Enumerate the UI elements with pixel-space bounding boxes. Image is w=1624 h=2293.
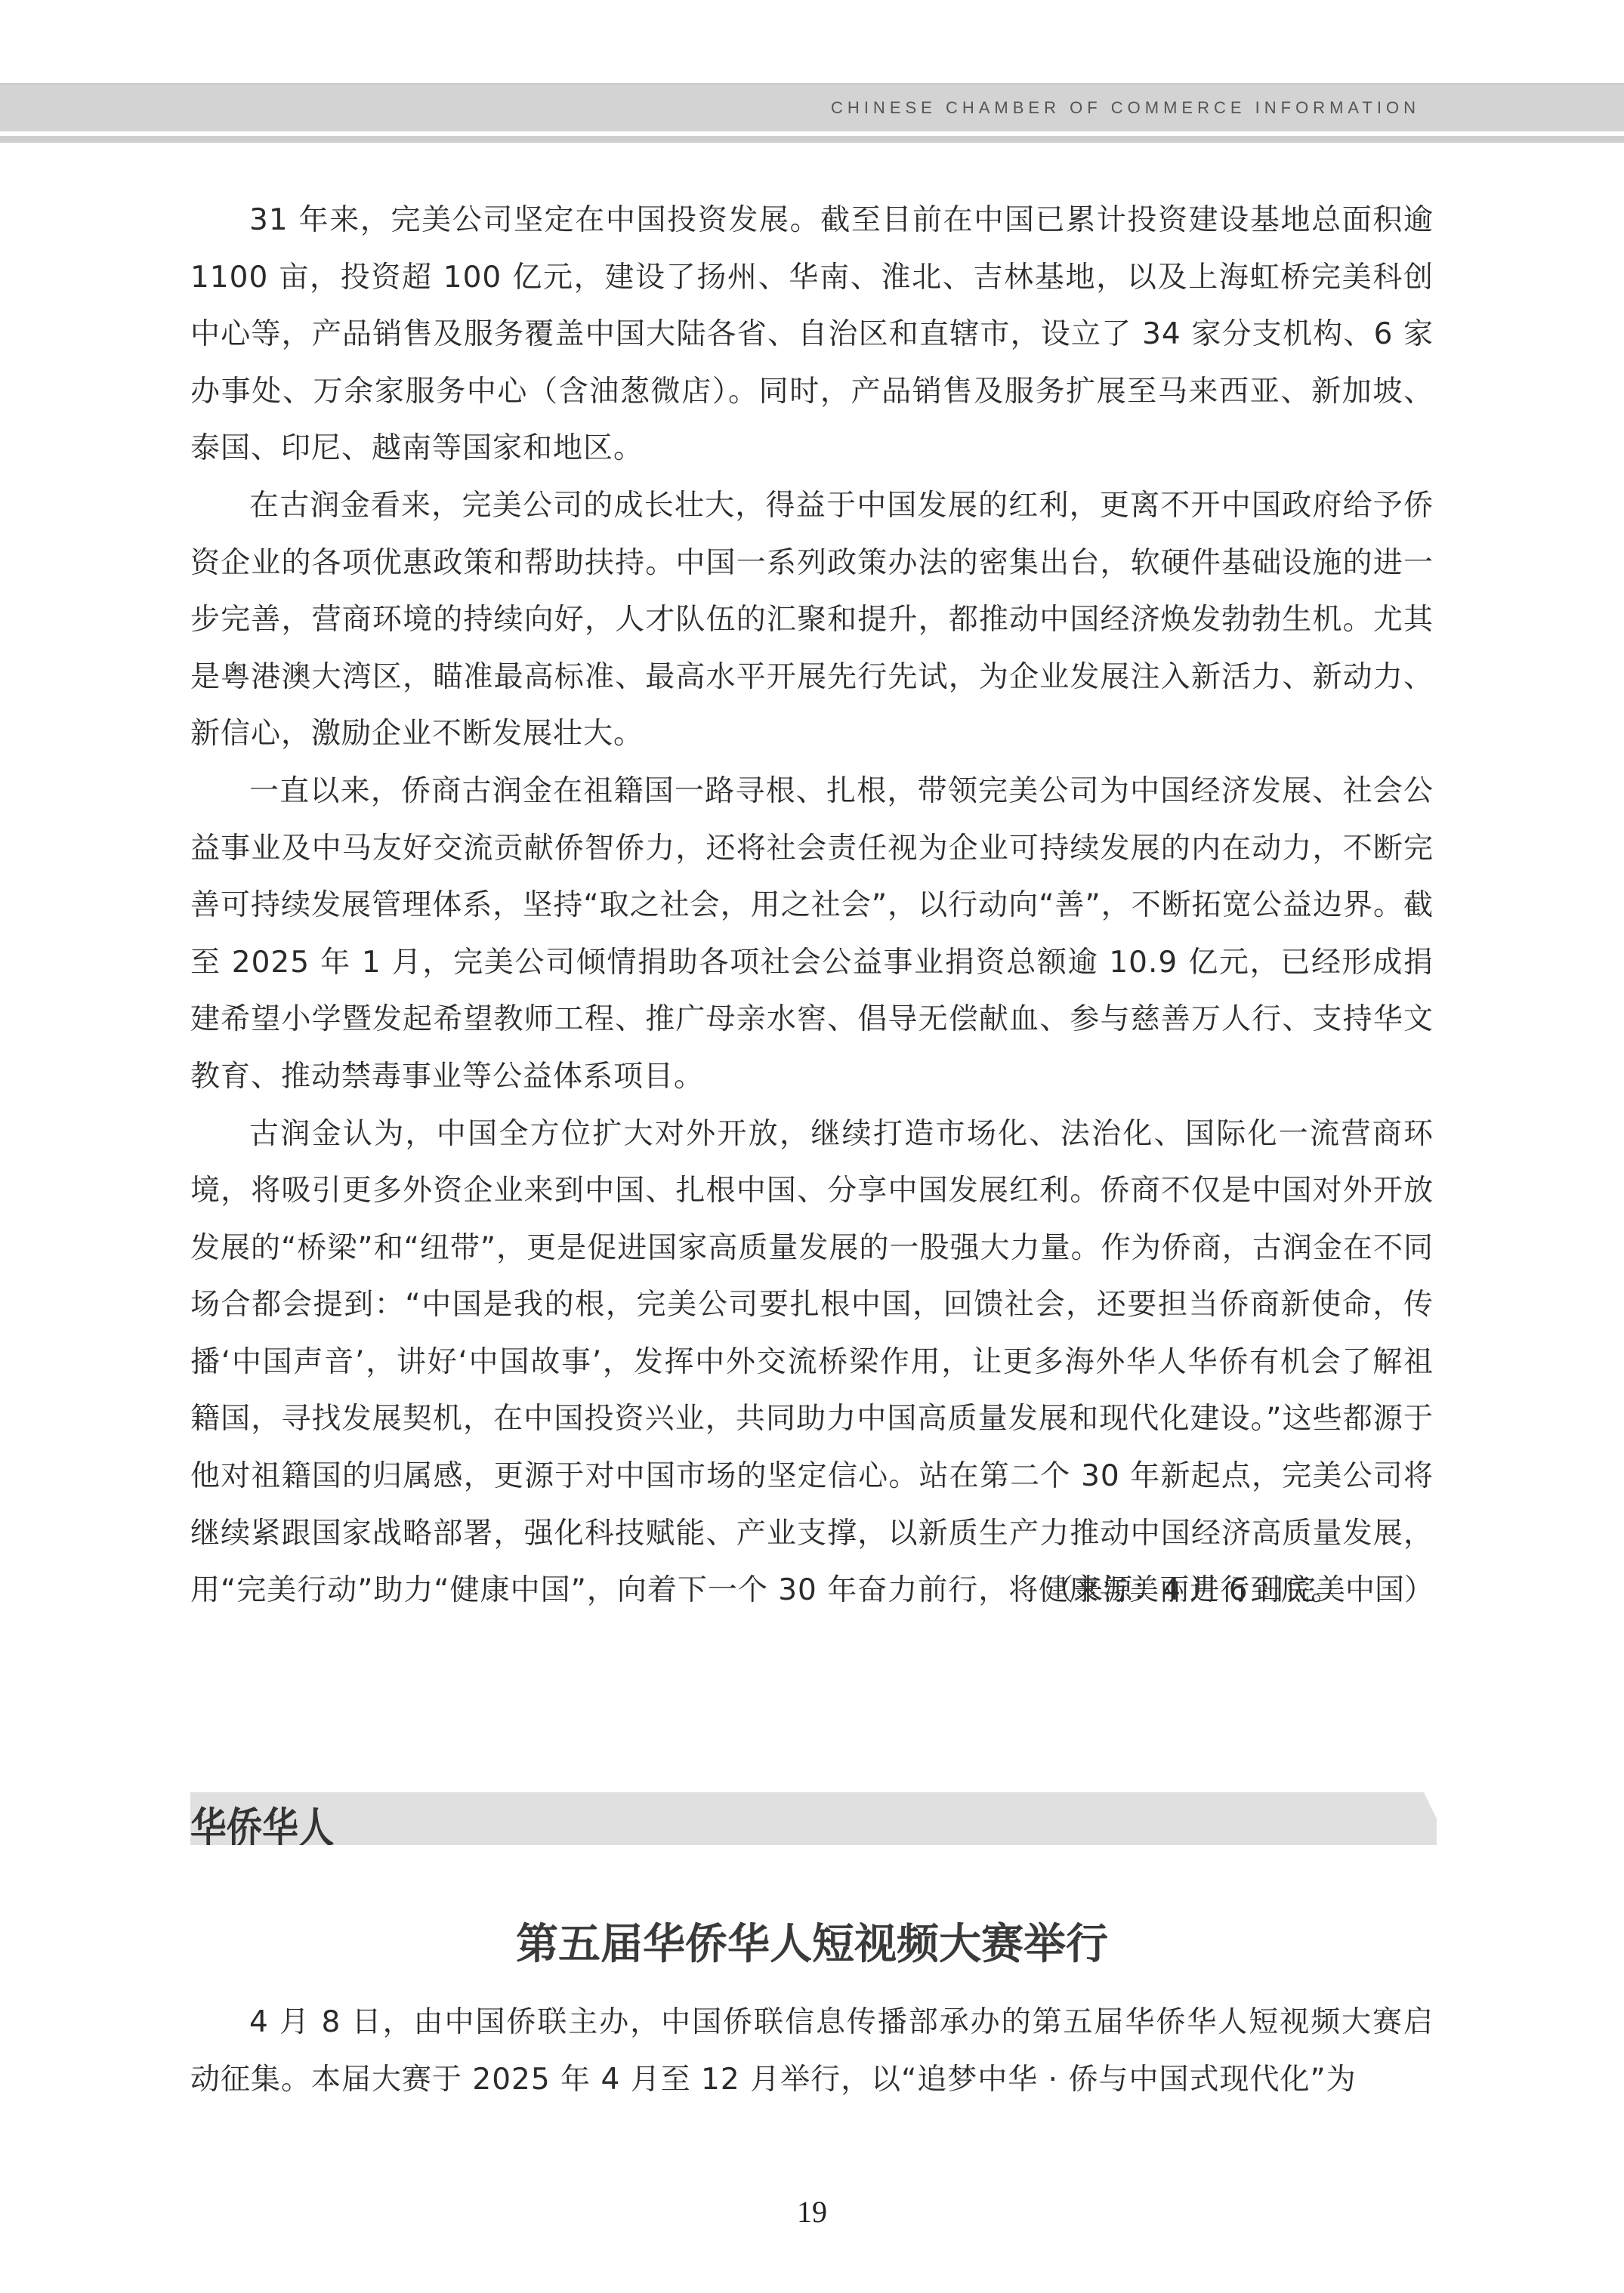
publication-name: CHINESE CHAMBER OF COMMERCE INFORMATION — [831, 98, 1420, 118]
running-header-band: CHINESE CHAMBER OF COMMERCE INFORMATION — [0, 83, 1624, 131]
paragraph: 古润金认为，中国全方位扩大对外开放，继续打造市场化、法治化、国际化一流营商环境，… — [190, 1106, 1434, 1619]
paragraph: 在古润金看来，完美公司的成长壮大，得益于中国发展的红利，更离不开中国政府给予侨资… — [190, 477, 1434, 763]
page-number: 19 — [0, 2194, 1624, 2230]
section-banner: 华侨华人 — [190, 1792, 1437, 1845]
paragraph: 31 年来，完美公司坚定在中国投资发展。截至目前在中国已累计投资建设基地总面积逾… — [190, 192, 1434, 477]
article-title: 第五届华侨华人短视频大赛举行 — [0, 1911, 1624, 1971]
paragraph: 一直以来，侨商古润金在祖籍国一路寻根、扎根，带领完美公司为中国经济发展、社会公益… — [190, 763, 1434, 1106]
paragraph: 4 月 8 日，由中国侨联主办，中国侨联信息传播部承办的第五届华侨华人短视频大赛… — [190, 1994, 1434, 2108]
article-body: 4 月 8 日，由中国侨联主办，中国侨联信息传播部承办的第五届华侨华人短视频大赛… — [190, 1994, 1434, 2108]
section-title: 华侨华人 — [190, 1795, 334, 1856]
article-body: 31 年来，完美公司坚定在中国投资发展。截至目前在中国已累计投资建设基地总面积逾… — [190, 192, 1434, 1619]
header-rule — [0, 136, 1624, 143]
